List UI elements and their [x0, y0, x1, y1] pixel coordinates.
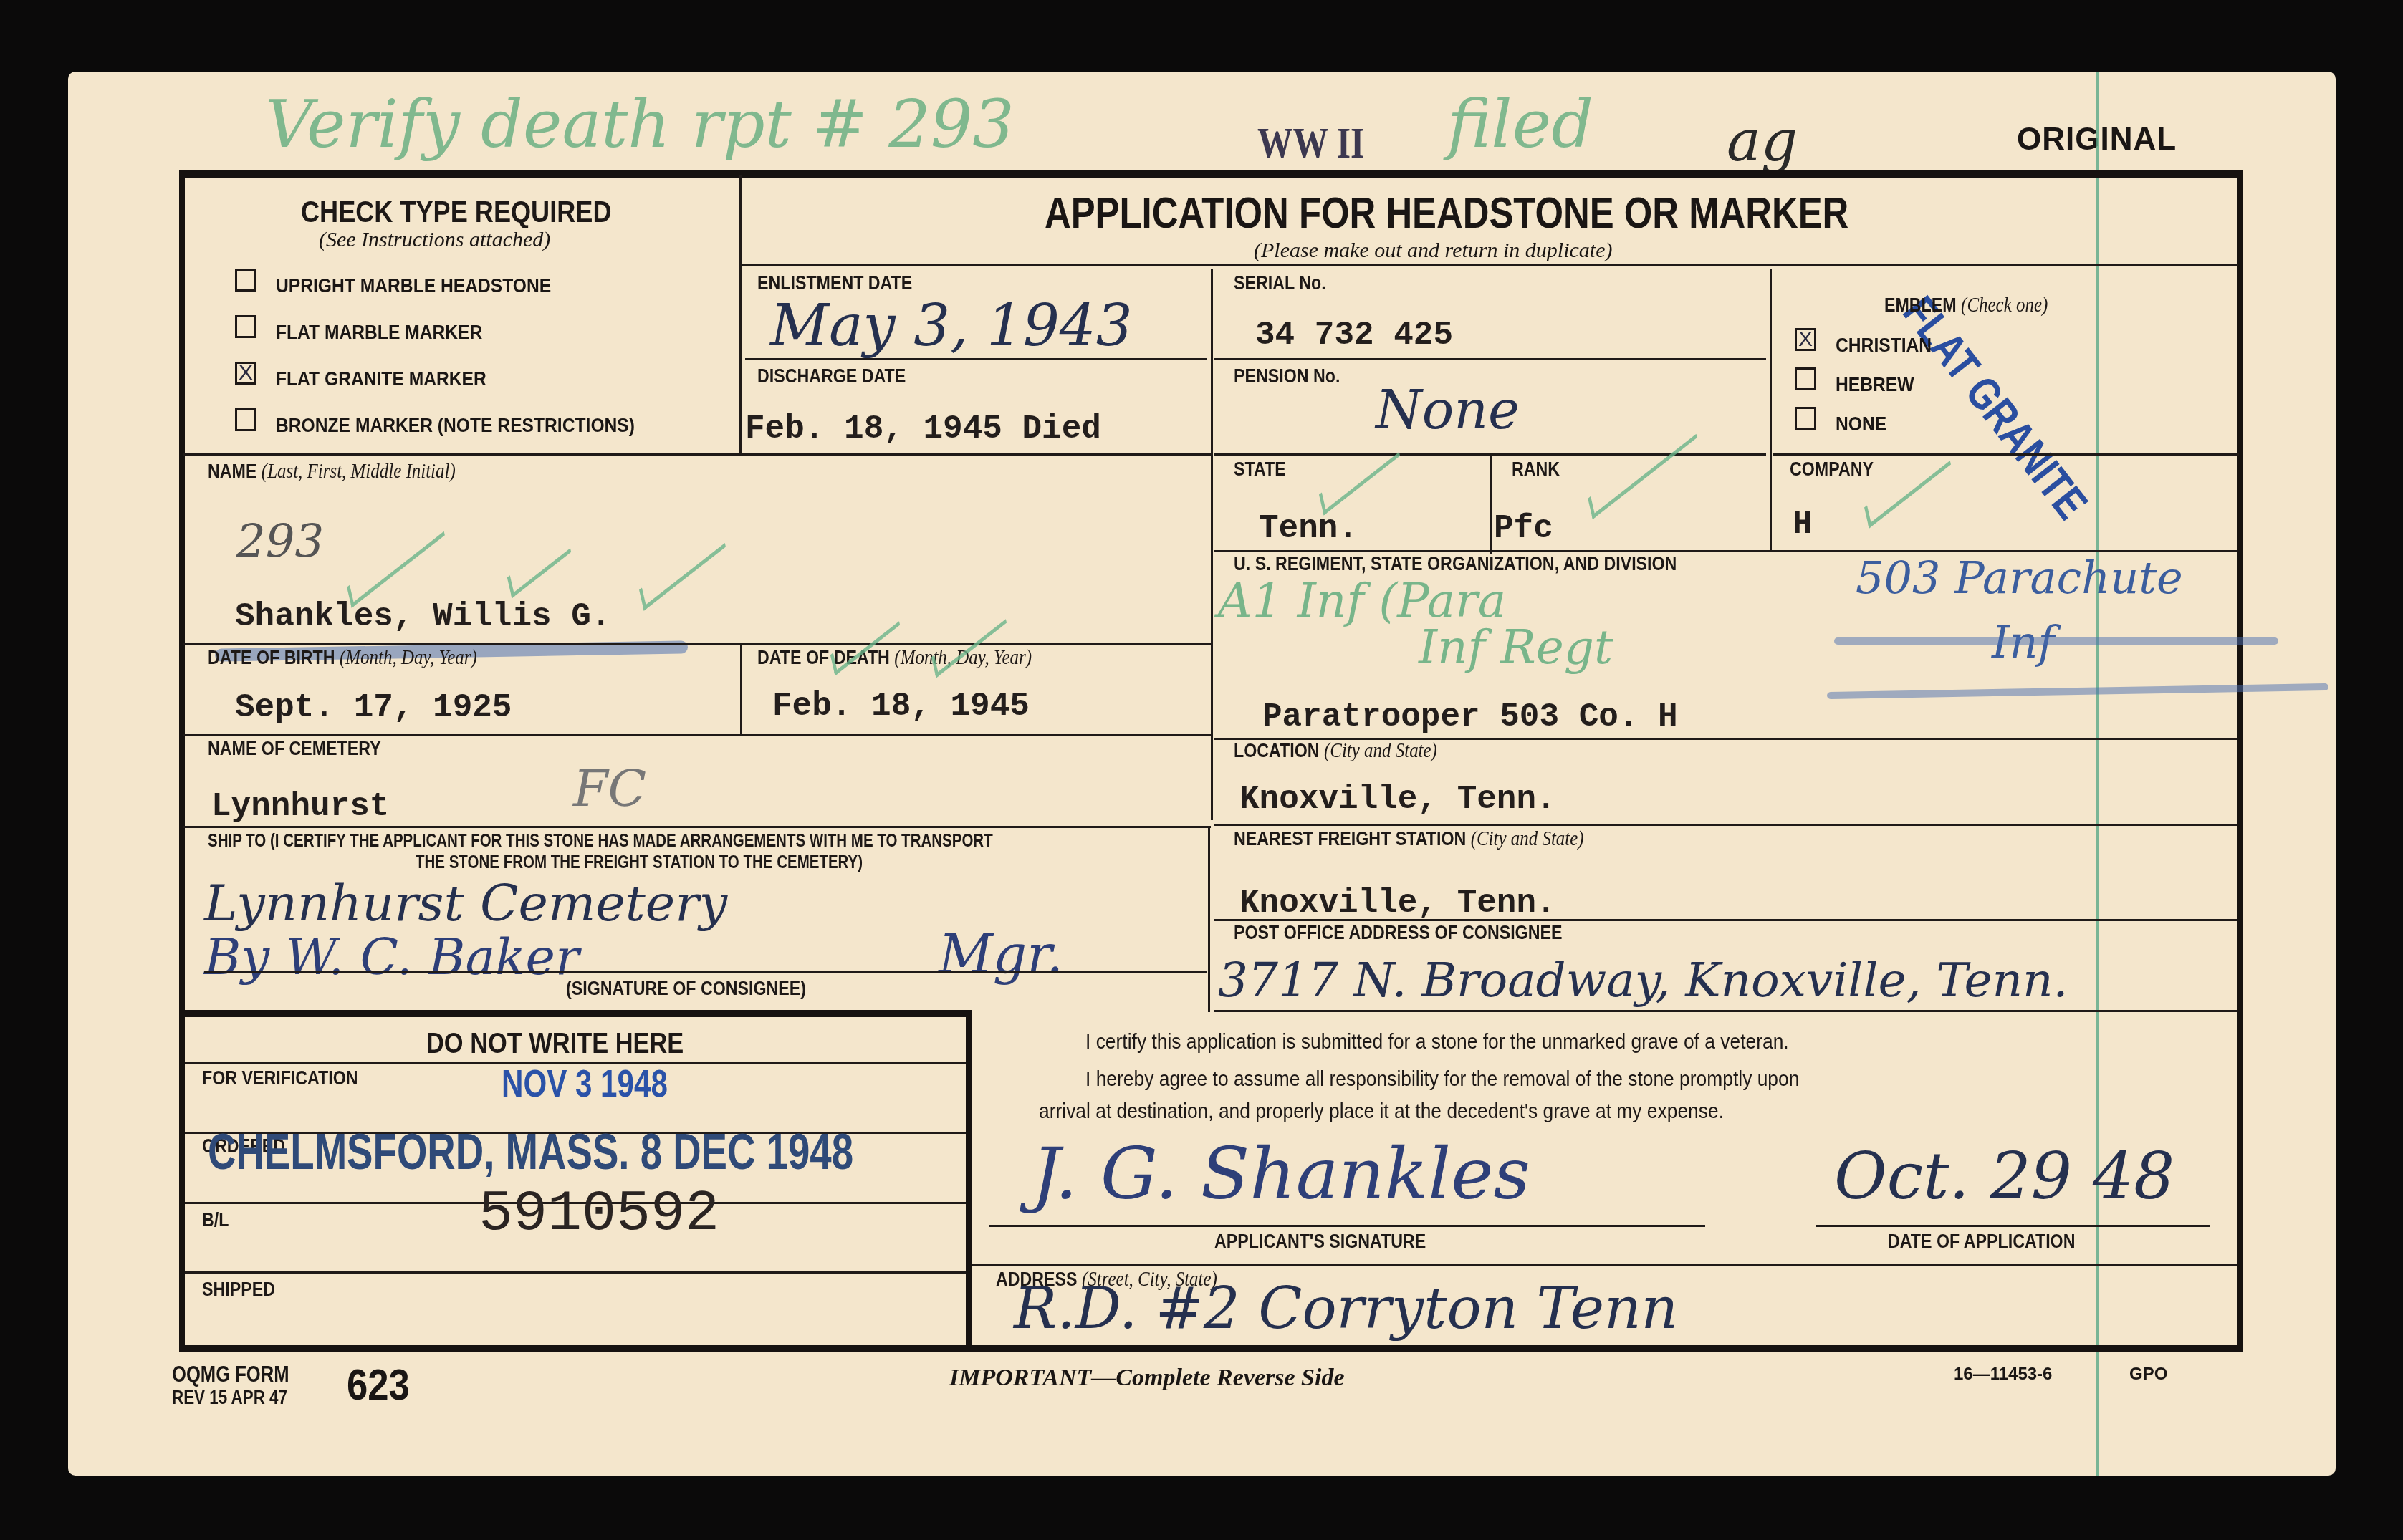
printer-code: GPO	[2129, 1365, 2167, 1385]
checkbox-emblem-hebrew[interactable]	[1795, 367, 1816, 390]
form-border-bottom	[179, 1345, 2243, 1352]
signature-line	[204, 971, 1207, 973]
name-value: Shankles, Willis G.	[235, 598, 611, 635]
checkbox-emblem-christian[interactable]: X	[1795, 328, 1816, 351]
company-value: H	[1793, 506, 1813, 543]
date-of-birth-value: Sept. 17, 1925	[235, 689, 512, 726]
divider	[1490, 453, 1492, 554]
option-flat-marble-label: FLAT MARBLE MARKER	[276, 321, 482, 344]
applicant-address-value: R.D. #2 Corryton Tenn	[1014, 1275, 1678, 1342]
check-type-subheading: (See Instructions attached)	[319, 228, 550, 252]
state-value: Tenn.	[1259, 510, 1358, 547]
freight-station-value: Knoxville, Tenn.	[1239, 885, 1556, 922]
regiment-label: U. S. REGIMENT, STATE ORGANIZATION, AND …	[1234, 553, 1677, 575]
divider	[1770, 269, 1772, 552]
consignee-address-value: 3717 N. Broadway, Knoxville, Tenn.	[1218, 953, 2068, 1008]
date-line	[1816, 1225, 2210, 1227]
rank-value: Pfc	[1494, 510, 1553, 547]
divider	[745, 358, 1207, 360]
pension-no-label: PENSION No.	[1234, 365, 1340, 388]
regiment-green-note-2: Inf Regt	[1419, 620, 1613, 675]
divider	[183, 734, 1211, 736]
divider	[1208, 826, 1210, 1012]
ship-to-label-line2: THE STONE FROM THE FREIGHT STATION TO TH…	[416, 852, 863, 873]
print-code: 16—11453-6	[1954, 1365, 2052, 1385]
certification-line-3: arrival at destination, and properly pla…	[1039, 1099, 1724, 1124]
divider	[183, 453, 1211, 456]
cemetery-label: NAME OF CEMETERY	[208, 738, 381, 760]
discharge-date-label: DISCHARGE DATE	[757, 365, 906, 388]
name-annotation: 293	[236, 516, 324, 569]
office-box-top	[179, 1010, 971, 1017]
applicant-signature: J. G. Shankles	[1032, 1132, 1530, 1216]
signature-line	[989, 1225, 1705, 1227]
regiment-value: Paratrooper 503 Co. H	[1262, 698, 1678, 736]
form-border-left	[179, 170, 185, 1352]
consignee-signature: By W. C. Baker	[204, 928, 580, 986]
divider	[183, 826, 1211, 828]
date-of-death-value: Feb. 18, 1945	[772, 688, 1030, 725]
emblem-none-label: NONE	[1836, 413, 1886, 435]
emblem-label: EMBLEM (Check one)	[1884, 294, 2048, 317]
consignee-signature-label: (SIGNATURE OF CONSIGNEE)	[566, 978, 806, 1000]
divider	[1211, 269, 1213, 820]
regiment-blue-note: 503 Parachute	[1856, 552, 2183, 604]
blue-pencil-underline	[1834, 637, 2278, 645]
form-id-line1: OQMG FORM	[172, 1361, 289, 1387]
form-revision: REV 15 APR 47	[172, 1386, 287, 1409]
ship-to-label-line1: SHIP TO (I CERTIFY THE APPLICANT FOR THI…	[208, 831, 993, 852]
divider	[185, 1271, 966, 1274]
serial-no-value: 34 732 425	[1255, 317, 1453, 354]
divider	[1214, 358, 1766, 360]
checkbox-upright-marble[interactable]	[235, 269, 256, 292]
freight-station-label: NEAREST FREIGHT STATION (City and State)	[1234, 827, 1584, 851]
option-flat-granite-label: FLAT GRANITE MARKER	[276, 367, 486, 390]
divider	[1214, 919, 2237, 921]
divider	[183, 643, 1211, 645]
divider	[740, 645, 742, 734]
office-use-heading: DO NOT WRITE HERE	[426, 1028, 684, 1060]
form-border-right	[2237, 170, 2243, 1352]
ship-to-value: Lynnhurst Cemetery	[204, 874, 727, 933]
office-box-right	[966, 1010, 972, 1347]
discharge-date-value: Feb. 18, 1945 Died	[745, 410, 1101, 448]
application-date-value: Oct. 29 48	[1834, 1139, 2174, 1214]
consignee-title: Mgr.	[939, 924, 1063, 986]
date-of-birth-label: DATE OF BIRTH (Month, Day, Year)	[208, 646, 477, 670]
initials-annotation: ag	[1727, 107, 1798, 174]
name-label: NAME (Last, First, Middle Initial)	[208, 460, 456, 483]
form-border-top	[179, 170, 2243, 178]
serial-no-label: SERIAL No.	[1234, 272, 1326, 294]
emblem-hebrew-label: HEBREW	[1836, 373, 1914, 396]
company-label: COMPANY	[1790, 458, 1874, 481]
divider	[1773, 453, 2239, 456]
pension-no-value: None	[1376, 380, 1520, 441]
divider	[1214, 1010, 2237, 1012]
option-bronze-label: BRONZE MARKER (NOTE RESTRICTIONS)	[276, 414, 635, 437]
for-verification-label: FOR VERIFICATION	[202, 1067, 358, 1089]
filed-annotation: filed	[1447, 86, 1593, 163]
certification-line-1: I certify this application is submitted …	[1085, 1030, 1789, 1054]
divider	[1214, 824, 2237, 826]
checkbox-flat-granite[interactable]: X	[235, 362, 256, 385]
bl-label: B/L	[202, 1209, 229, 1231]
state-label: STATE	[1234, 458, 1286, 481]
consignee-address-label: POST OFFICE ADDRESS OF CONSIGNEE	[1234, 922, 1562, 944]
shipped-label: SHIPPED	[202, 1279, 275, 1301]
location-value: Knoxville, Tenn.	[1239, 781, 1556, 818]
top-green-annotation: Verify death rpt # 293	[265, 86, 1015, 163]
divider	[739, 264, 2238, 266]
ordered-stamp: CHELMSFORD, MASS. 8 DEC 1948	[208, 1123, 853, 1180]
emblem-christian-label: CHRISTIAN	[1836, 334, 1932, 357]
divider	[972, 1264, 2237, 1266]
rank-label: RANK	[1512, 458, 1560, 481]
option-upright-marble-label: UPRIGHT MARBLE HEADSTONE	[276, 274, 551, 297]
form-subtitle: (Please make out and return in duplicate…	[1254, 239, 1612, 263]
verification-date-stamp: NOV 3 1948	[502, 1062, 668, 1106]
ww-stamp: WW II	[1257, 118, 1364, 169]
check-type-heading: CHECK TYPE REQUIRED	[301, 195, 611, 229]
checkbox-bronze[interactable]	[235, 408, 256, 431]
cemetery-value: Lynnhurst	[211, 788, 389, 825]
enlistment-date-value: May 3, 1943	[770, 292, 1133, 359]
divider	[739, 175, 742, 455]
bl-number: 5910592	[479, 1182, 719, 1247]
cemetery-annotation: FC	[573, 759, 646, 818]
form-number: 623	[347, 1359, 410, 1410]
certification-line-2: I hereby agree to assume all responsibil…	[1085, 1067, 1799, 1092]
date-of-death-label: DATE OF DEATH (Month, Day, Year)	[757, 646, 1032, 670]
form-title: APPLICATION FOR HEADSTONE OR MARKER	[1045, 188, 1848, 239]
location-label: LOCATION (City and State)	[1234, 739, 1437, 763]
enlistment-date-label: ENLISTMENT DATE	[757, 272, 912, 294]
checkbox-emblem-none[interactable]	[1795, 407, 1816, 430]
application-date-label: DATE OF APPLICATION	[1888, 1231, 2075, 1253]
checkbox-flat-marble[interactable]	[235, 315, 256, 338]
important-note: IMPORTANT—Complete Reverse Side	[949, 1365, 1345, 1392]
applicant-signature-label: APPLICANT'S SIGNATURE	[1214, 1231, 1426, 1253]
